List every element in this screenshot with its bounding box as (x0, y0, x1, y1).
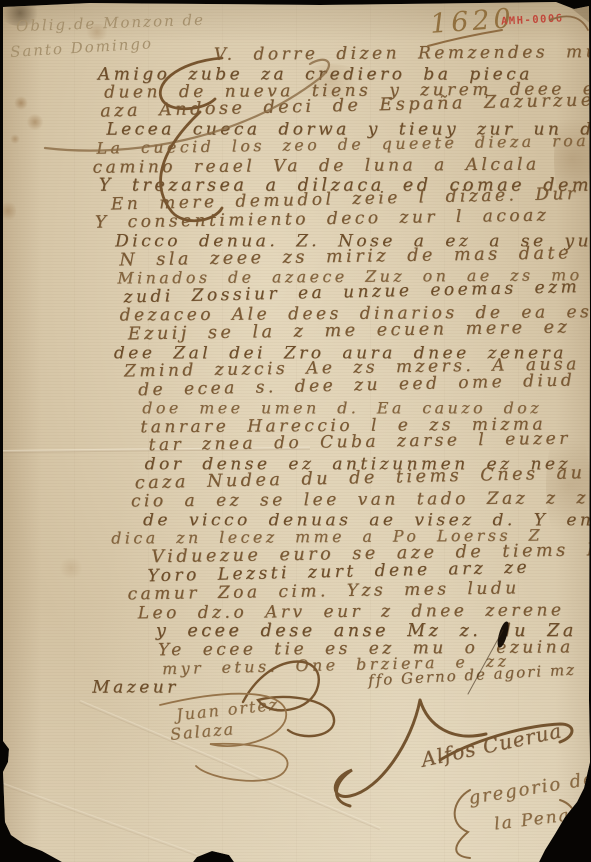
signature-bottom-name: gregorio de (467, 768, 591, 809)
stain (0, 200, 16, 222)
manuscript-line: y ecee dese anse Mz z. du Za eza (156, 622, 574, 641)
manuscript-line: Leo dz.o Arv eur z dnee zerene (138, 600, 574, 622)
manuscript-page: Oblig.de Monzon de Santo Domingo 1620 AM… (0, 0, 591, 862)
folded-corner (561, 0, 591, 24)
stain (14, 96, 28, 110)
signature-bottom-surname: la Pena (493, 805, 572, 834)
manuscript-line: camino reael Va de luna a Alcala (93, 154, 571, 176)
fold-crease (0, 778, 197, 856)
scan-background: Oblig.de Monzon de Santo Domingo 1620 AM… (0, 0, 591, 862)
stain (10, 134, 20, 144)
archive-stamp: AMH-0006 (501, 12, 564, 27)
manuscript-line: doe mee umen d. Ea cauzo doz (142, 399, 572, 418)
signature-rubric-name: Alfos Cuerua (419, 718, 564, 771)
manuscript-line: V. dorre dizen Remzendes muro (214, 42, 570, 63)
stain (26, 114, 44, 130)
manuscript-line: Amigo zube za crediero ba pieca (98, 64, 570, 83)
stain (58, 558, 84, 578)
manuscript-body: V. dorre dizen Remzendes muroAmigo zube … (88, 42, 575, 696)
manuscript-line: de vicco denuas ae visez d. Y en ze (143, 510, 573, 529)
